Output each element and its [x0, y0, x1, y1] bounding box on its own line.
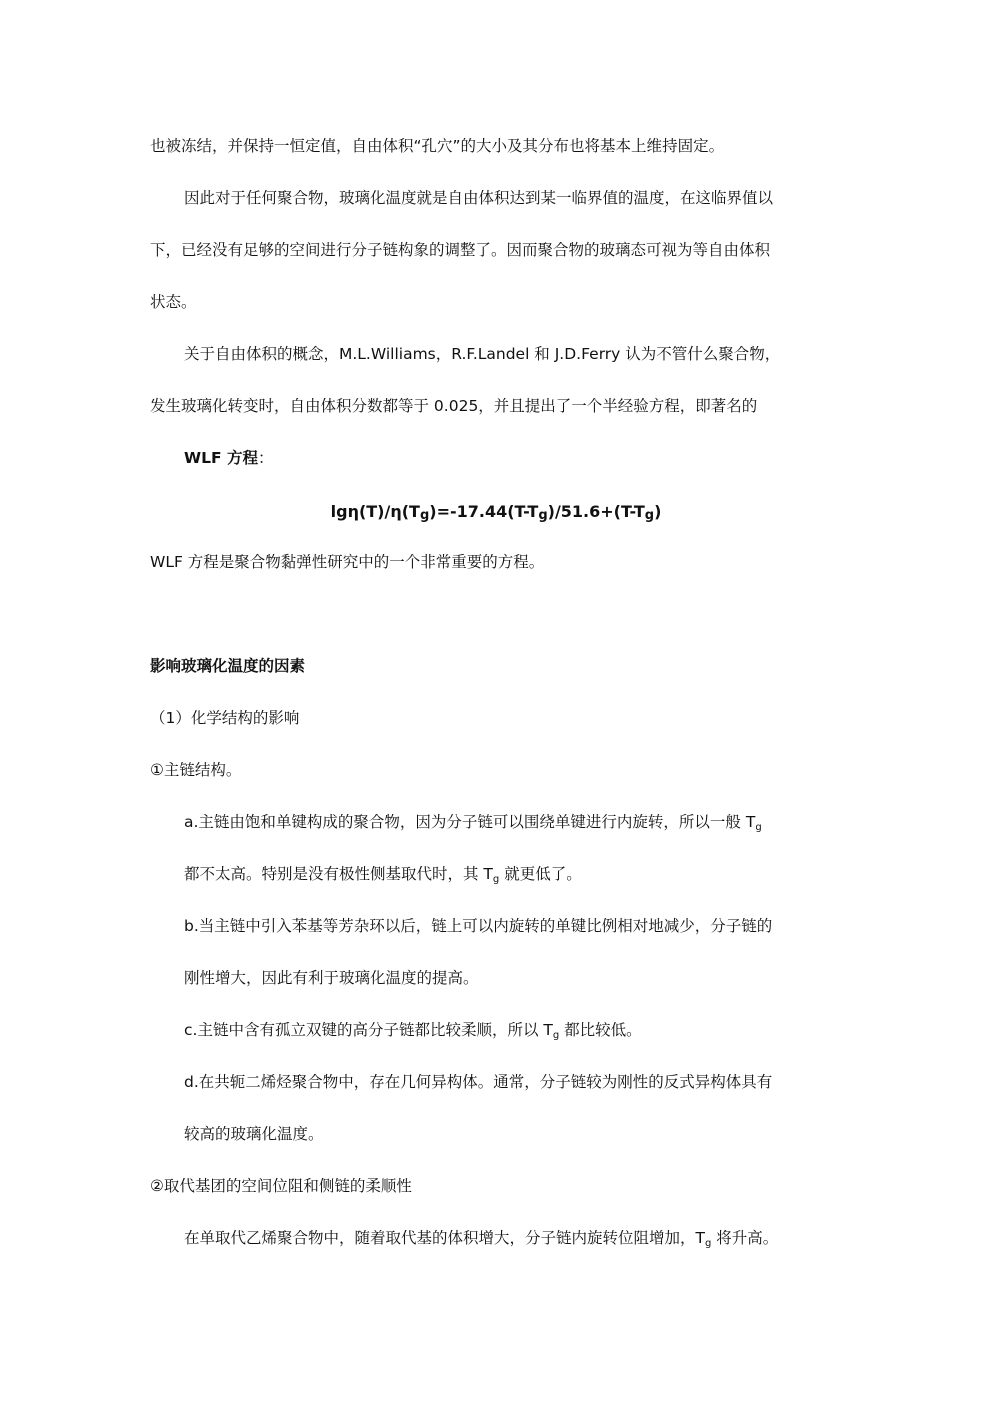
- text-span: 将升高。: [711, 1229, 778, 1247]
- list-item-title: ①主链结构。: [150, 760, 241, 780]
- formula-subscript: g: [420, 508, 429, 523]
- text-span: a.主链由饱和单键构成的聚合物，因为分子链可以围绕单键进行内旋转，所以一般 T: [184, 813, 755, 831]
- list-item-b-cont: 刚性增大，因此有利于玻璃化温度的提高。: [184, 968, 479, 988]
- list-item-a-cont: 都不太高。特别是没有极性侧基取代时，其 Tg 就更低了。: [184, 864, 582, 884]
- formula-subscript: g: [538, 508, 547, 523]
- formula-subscript: g: [645, 508, 654, 523]
- paragraph-line: 因此对于任何聚合物，玻璃化温度就是自由体积达到某一临界值的温度，在这临界值以: [184, 188, 773, 208]
- paragraph-line: 下，已经没有足够的空间进行分子链构象的调整了。因而聚合物的玻璃态可视为等自由体积: [150, 240, 770, 260]
- text-span: 都不太高。特别是没有极性侧基取代时，其 T: [184, 865, 493, 883]
- section-heading: 影响玻璃化温度的因素: [150, 656, 305, 676]
- formula-part: )/51.6+(T-T: [548, 502, 645, 521]
- list-item-d-cont: 较高的玻璃化温度。: [184, 1124, 324, 1144]
- list-item-c: c.主链中含有孤立双键的高分子链都比较柔顺，所以 Tg 都比较低。: [184, 1020, 642, 1040]
- text-span: 在单取代乙烯聚合物中，随着取代基的体积增大，分子链内旋转位阻增加，T: [184, 1229, 705, 1247]
- text-span: 就更低了。: [499, 865, 581, 883]
- paragraph-line: 在单取代乙烯聚合物中，随着取代基的体积增大，分子链内旋转位阻增加，Tg 将升高。: [184, 1228, 778, 1248]
- wlf-label-text: WLF 方程: [184, 449, 258, 467]
- wlf-label-colon: ：: [258, 449, 274, 467]
- subscript: g: [755, 822, 761, 833]
- formula-part: lgη(T)/η(T: [331, 502, 420, 521]
- list-item-d: d.在共轭二烯烃聚合物中，存在几何异构体。通常，分子链较为刚性的反式异构体具有: [184, 1072, 772, 1092]
- list-item-title: ②取代基团的空间位阻和侧链的柔顺性: [150, 1176, 412, 1196]
- list-item-b: b.当主链中引入苯基等芳杂环以后，链上可以内旋转的单键比例相对地减少，分子链的: [184, 916, 772, 936]
- wlf-formula: lgη(T)/η(Tg)=-17.44(T-Tg)/51.6+(T-Tg): [0, 501, 992, 523]
- text-span: 都比较低。: [559, 1021, 641, 1039]
- formula-part: ): [654, 502, 661, 521]
- formula-part: )=-17.44(T-T: [429, 502, 538, 521]
- paragraph-line: WLF 方程是聚合物黏弹性研究中的一个非常重要的方程。: [150, 552, 544, 572]
- paragraph-line: 发生玻璃化转变时，自由体积分数都等于 0.025，并且提出了一个半经验方程，即著…: [150, 396, 757, 416]
- subsection-heading: （1）化学结构的影响: [150, 708, 299, 728]
- paragraph-line: 也被冻结，并保持一恒定值，自由体积“孔穴”的大小及其分布也将基本上维持固定。: [150, 136, 724, 156]
- document-page: 也被冻结，并保持一恒定值，自由体积“孔穴”的大小及其分布也将基本上维持固定。 因…: [0, 0, 992, 1403]
- paragraph-line: 状态。: [150, 292, 197, 312]
- list-item-a: a.主链由饱和单键构成的聚合物，因为分子链可以围绕单键进行内旋转，所以一般 Tg: [184, 812, 762, 832]
- paragraph-line: 关于自由体积的概念，M.L.Williams，R.F.Landel 和 J.D.…: [184, 344, 780, 364]
- wlf-equation-label: WLF 方程：: [184, 448, 273, 468]
- text-span: c.主链中含有孤立双键的高分子链都比较柔顺，所以 T: [184, 1021, 553, 1039]
